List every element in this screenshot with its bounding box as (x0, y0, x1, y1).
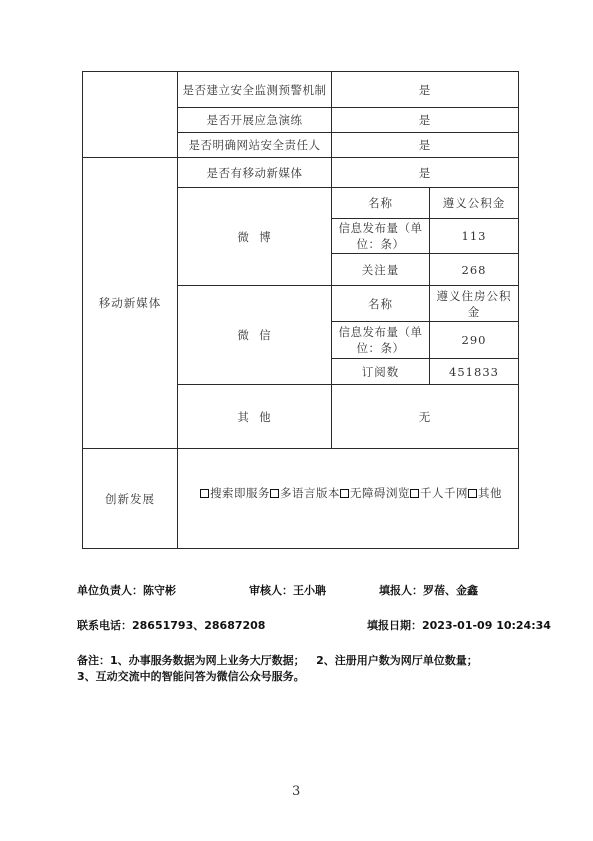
weibo-posts-value: 113 (429, 218, 519, 254)
wechat-name-value: 遵义住房公积金 (429, 285, 519, 322)
wechat-subscribers-label: 订阅数 (331, 358, 430, 385)
monitoring-label: 是否建立安全监测预警机制 (177, 71, 332, 108)
option-personalized[interactable]: 千人千网 (410, 485, 468, 501)
weibo-name-value: 遵义公积金 (429, 187, 519, 219)
wechat-posts-value: 290 (429, 321, 519, 359)
wechat-subscribers-value: 451833 (429, 358, 519, 385)
drill-value: 是 (331, 107, 519, 133)
innovation-label: 创新发展 (82, 448, 178, 549)
filler: 填报人：罗蓓、金鑫 (379, 582, 478, 598)
drill-label: 是否开展应急演练 (177, 107, 332, 133)
document-page: 是否建立安全监测预警机制 是 是否开展应急演练 是 是否明确网站安全责任人 是 … (0, 0, 593, 841)
remark-line-1: 备注：1、办事服务数据为网上业务大厅数据； 2、注册用户数为网厅单位数量； (77, 653, 537, 669)
weibo-label: 微 博 (177, 187, 332, 286)
mobile-media-section-label: 移动新媒体 (82, 157, 178, 449)
wechat-name-label: 名称 (331, 285, 430, 322)
checkbox-icon[interactable] (468, 489, 477, 498)
option-search-service[interactable]: 搜索即服务 (200, 485, 270, 501)
checkbox-icon[interactable] (410, 489, 419, 498)
fill-date: 填报日期：2023-01-09 10:24:34 (367, 617, 551, 633)
remarks: 备注：1、办事服务数据为网上业务大厅数据； 2、注册用户数为网厅单位数量； 3、… (77, 653, 537, 685)
weibo-followers-label: 关注量 (331, 253, 430, 286)
weibo-followers-value: 268 (429, 253, 519, 286)
checkbox-icon[interactable] (200, 489, 209, 498)
option-multilingual[interactable]: 多语言版本 (270, 485, 340, 501)
weibo-posts-label: 信息发布量（单位：条） (331, 218, 430, 254)
checkbox-icon[interactable] (340, 489, 349, 498)
weibo-name-label: 名称 (331, 187, 430, 219)
remark-line-2: 3、互动交流中的智能问答为微信公众号服务。 (77, 669, 537, 685)
option-accessibility[interactable]: 无障碍浏览 (340, 485, 410, 501)
unit-head: 单位负责人：陈守彬 (77, 582, 176, 598)
other-media-value: 无 (331, 384, 519, 449)
wechat-posts-label: 信息发布量（单位：条） (331, 321, 430, 359)
other-media-label: 其 他 (177, 384, 332, 449)
wechat-label: 微 信 (177, 285, 332, 385)
innovation-options: 搜索即服务 多语言版本 无障碍浏览 千人千网 其他 (177, 448, 519, 549)
statistics-table: 是否建立安全监测预警机制 是 是否开展应急演练 是 是否明确网站安全责任人 是 … (82, 71, 519, 549)
contact-phone: 联系电话：28651793、28687208 (77, 617, 265, 633)
reviewer: 审核人：王小聃 (249, 582, 326, 598)
option-other[interactable]: 其他 (468, 485, 502, 501)
checkbox-icon[interactable] (270, 489, 279, 498)
has-media-label: 是否有移动新媒体 (177, 157, 332, 188)
monitoring-value: 是 (331, 71, 519, 108)
page-number: 3 (292, 784, 300, 799)
has-media-value: 是 (331, 157, 519, 188)
responsible-label: 是否明确网站安全责任人 (177, 132, 332, 158)
responsible-value: 是 (331, 132, 519, 158)
security-section-cell (82, 71, 178, 158)
